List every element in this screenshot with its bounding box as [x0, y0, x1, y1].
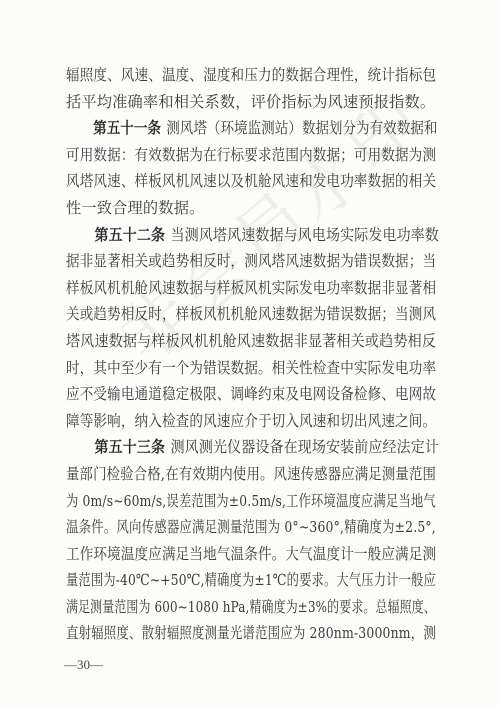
article-53-heading-line: 第五十三条测风测光仪器设备在现场安装前应经法定计 [66, 434, 406, 461]
line-text: 测风测光仪器设备在现场安装前应经法定计 [171, 434, 439, 461]
line-text: 量部门检验合格,在有效期内使用。风速传感器应满足测量范围 [66, 461, 436, 488]
text-line: 时，其中至少有一个为错误数据。相关性检查中实际发电功率 [66, 355, 396, 382]
line-text: 工作环境温度应满足当地气温条件。大气温度计一般应满足测 [66, 541, 436, 568]
text-line: 为 0m/s~60m/s,误差范围为±0.5m/s,工作环境温度应满足当地气 [66, 488, 366, 515]
page-number: —30— [64, 657, 103, 673]
line-text: 塔风速数据与样板风机机舱风速数据非显著相关或趋势相反 [66, 328, 436, 355]
line-text: 满足测量范围为 600~1080 hPa,精确度为±3%的要求。总辐照度、 [66, 594, 436, 621]
text-line: 温条件。风向传感器应满足测量范围为 0°~360°,精确度为±2.5°, [66, 514, 369, 541]
line-text: 可用数据：有效数据为在行标要求范围内数据；可用数据为测 [66, 142, 436, 169]
text-line: 关或趋势相反时，样板风机机舱风速数据为错误数据；当测风 [66, 301, 396, 328]
text-line: 辐照度、风速、温度、湿度和压力的数据合理性，统计指标包 [66, 62, 396, 89]
line-text: 风塔风速、样板风机风速以及机舱风速和发电功率数据的相关 [66, 168, 436, 195]
line-text: 测风塔（环境监测站）数据划分为有效数据和 [166, 115, 437, 142]
text-line: 性一致合理的数据。 [66, 195, 436, 222]
line-text: 温条件。风向传感器应满足测量范围为 0°~360°,精确度为±2.5°, [66, 514, 436, 541]
text-line: 工作环境温度应满足当地气温条件。大气温度计一般应满足测 [66, 541, 396, 568]
line-text: 量范围为-40℃~+50℃,精确度为±1℃的要求。大气压力计一般应 [66, 567, 436, 594]
text-line: 直射辐照度、散射辐照度测量光谱范围应为 280nm-3000nm，测 [66, 620, 369, 647]
article-52-heading-line: 第五十二条当测风塔风速数据与风电场实际发电功率数 [66, 222, 406, 249]
line-text: 辐照度、风速、温度、湿度和压力的数据合理性，统计指标包 [66, 62, 436, 89]
line-text: 直射辐照度、散射辐照度测量光谱范围应为 280nm-3000nm，测 [66, 620, 436, 647]
line-text: 时，其中至少有一个为错误数据。相关性检查中实际发电功率 [66, 355, 436, 382]
text-line: 满足测量范围为 600~1080 hPa,精确度为±3%的要求。总辐照度、 [66, 594, 356, 621]
line-text: 括平均准确率和相关系数，评价指标为风速预报指数。 [66, 93, 435, 111]
line-text: 性一致合理的数据。 [66, 199, 205, 217]
text-line: 塔风速数据与样板风机机舱风速数据非显著相关或趋势相反 [66, 328, 408, 355]
article-number: 第五十三条 [94, 434, 165, 461]
text-line: 量部门检验合格,在有效期内使用。风速传感器应满足测量范围 [66, 461, 392, 488]
text-line: 障等影响，纳入检查的风速应介于切入风速和切出风速之间。 [66, 408, 396, 435]
text-line: 量范围为-40℃~+50℃,精确度为±1℃的要求。大气压力计一般应 [66, 567, 365, 594]
line-text: 样板风机机舱风速数据与样板风机实际发电功率数据非显著相 [66, 275, 436, 302]
text-line: 可用数据：有效数据为在行标要求范围内数据；可用数据为测 [66, 142, 396, 169]
line-text: 关或趋势相反时，样板风机机舱风速数据为错误数据；当测风 [66, 301, 436, 328]
line-text: 障等影响，纳入检查的风速应介于切入风速和切出风速之间。 [66, 408, 436, 435]
text-line: 风塔风速、样板风机风速以及机舱风速和发电功率数据的相关 [66, 168, 396, 195]
line-text: 据非显著相关或趋势相反时，测风塔风速数据为错误数据；当 [66, 248, 436, 275]
text-line: 样板风机机舱风速数据与样板风机实际发电功率数据非显著相 [66, 275, 396, 302]
text-line: 据非显著相关或趋势相反时，测风塔风速数据为错误数据；当 [66, 248, 396, 275]
line-text: 应不受输电通道稳定极限、调峰约束及电网设备检修、电网故 [66, 381, 436, 408]
article-number: 第五十二条 [94, 222, 165, 249]
document-body: 辐照度、风速、温度、湿度和压力的数据合理性，统计指标包 括平均准确率和相关系数，… [66, 62, 436, 647]
line-text: 当测风塔风速数据与风电场实际发电功率数 [171, 222, 439, 249]
article-51-heading-line: 第五十一条测风塔（环境监测站）数据划分为有效数据和 [66, 115, 392, 142]
line-text: 为 0m/s~60m/s,误差范围为±0.5m/s,工作环境温度应满足当地气 [66, 488, 436, 515]
article-number: 第五十一条 [93, 115, 161, 142]
text-line: 应不受输电通道稳定极限、调峰约束及电网设备检修、电网故 [66, 381, 396, 408]
text-line: 括平均准确率和相关系数，评价指标为风速预报指数。 [66, 89, 436, 116]
